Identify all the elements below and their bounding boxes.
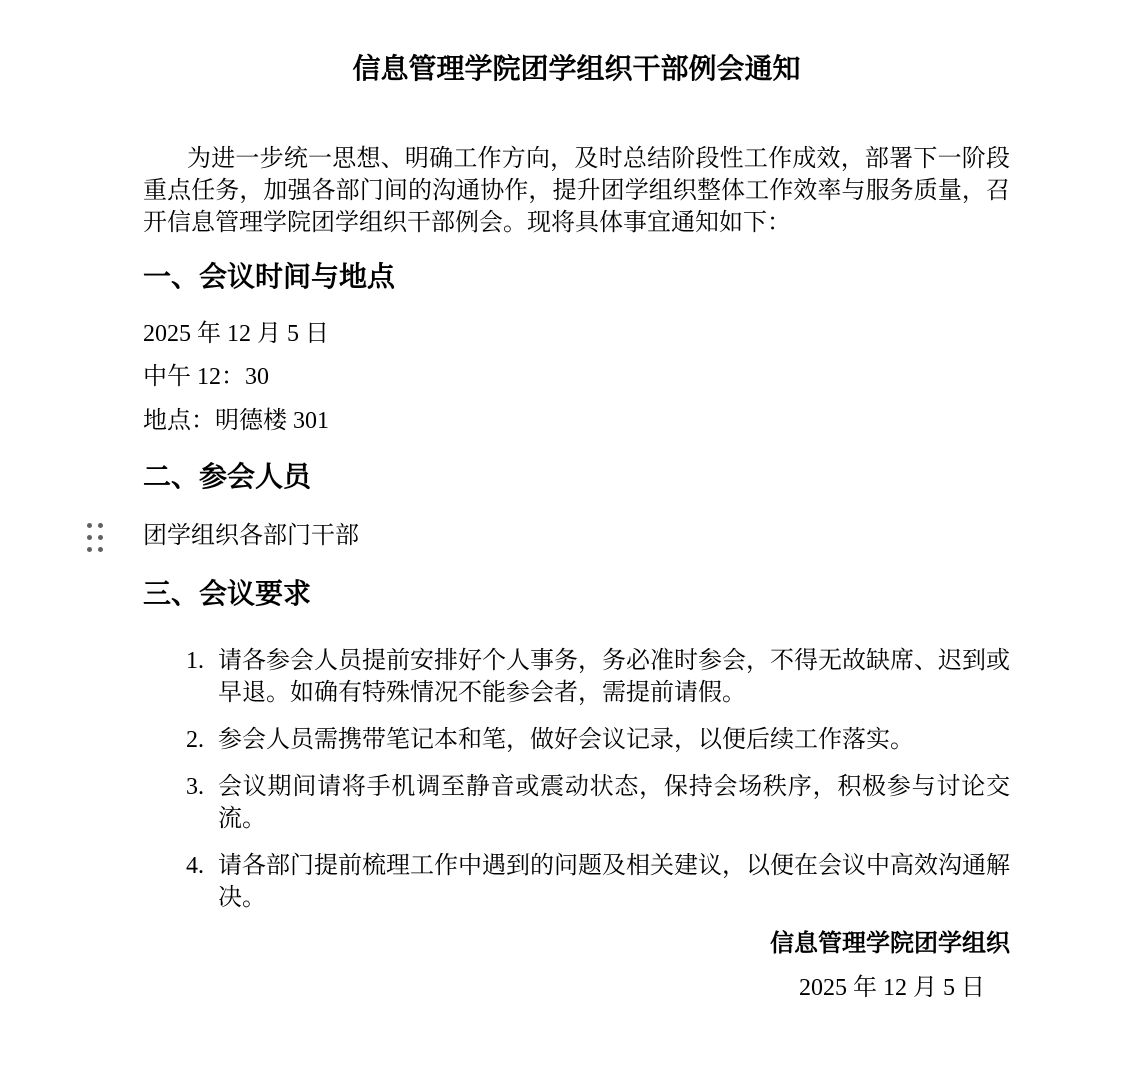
list-item-text: 会议期间请将手机调至静音或震动状态，保持会场秩序，积极参与讨论交流。 [218,771,1010,835]
list-item: 1. 请各参会人员提前安排好个人事务，务必准时参会，不得无故缺席、迟到或早退。如… [186,645,1010,709]
drag-handle-dot [87,523,92,528]
requirements-list: 1. 请各参会人员提前安排好个人事务，务必准时参会，不得无故缺席、迟到或早退。如… [143,645,1010,914]
drag-handle-dot [98,535,103,540]
list-item-number: 3. [186,771,218,835]
drag-handle-dot [98,547,103,552]
list-item: 3. 会议期间请将手机调至静音或震动状态，保持会场秩序，积极参与讨论交流。 [186,771,1010,835]
drag-handle-icon[interactable] [87,523,104,553]
list-item: 4. 请各部门提前梳理工作中遇到的问题及相关建议，以便在会议中高效沟通解决。 [186,850,1010,914]
list-item-number: 2. [186,724,218,756]
drag-handle-dot [98,523,103,528]
section1-heading: 一、会议时间与地点 [143,261,1010,295]
drag-handle-dot [87,535,92,540]
signature-line: 信息管理学院团学组织 [143,928,1010,960]
list-item-number: 4. [186,850,218,914]
list-item-text: 参会人员需携带笔记本和笔，做好会议记录，以便后续工作落实。 [218,724,1010,756]
attendees-line: 团学组织各部门干部 [143,520,1010,552]
intro-paragraph: 为进一步统一思想、明确工作方向，及时总结阶段性工作成效，部署下一阶段重点任务，加… [143,143,1010,239]
section2-heading: 二、参会人员 [143,461,1010,495]
list-item-text: 请各部门提前梳理工作中遇到的问题及相关建议，以便在会议中高效沟通解决。 [218,850,1010,914]
drag-handle-dot [87,547,92,552]
document-title: 信息管理学院团学组织干部例会通知 [143,53,1010,87]
document-page: 信息管理学院团学组织干部例会通知 为进一步统一思想、明确工作方向，及时总结阶段性… [0,0,1137,1082]
meeting-place-line: 地点：明德楼 301 [143,405,1010,437]
section3-heading: 三、会议要求 [143,578,1010,612]
document-content: 信息管理学院团学组织干部例会通知 为进一步统一思想、明确工作方向，及时总结阶段性… [0,0,1137,1004]
list-item: 2. 参会人员需携带笔记本和笔，做好会议记录，以便后续工作落实。 [186,724,1010,756]
meeting-time-line: 中午 12：30 [143,361,1010,393]
list-item-number: 1. [186,645,218,709]
signature-date-line: 2025 年 12 月 5 日 [143,972,1010,1004]
meeting-date-line: 2025 年 12 月 5 日 [143,318,1010,350]
list-item-text: 请各参会人员提前安排好个人事务，务必准时参会，不得无故缺席、迟到或早退。如确有特… [218,645,1010,709]
